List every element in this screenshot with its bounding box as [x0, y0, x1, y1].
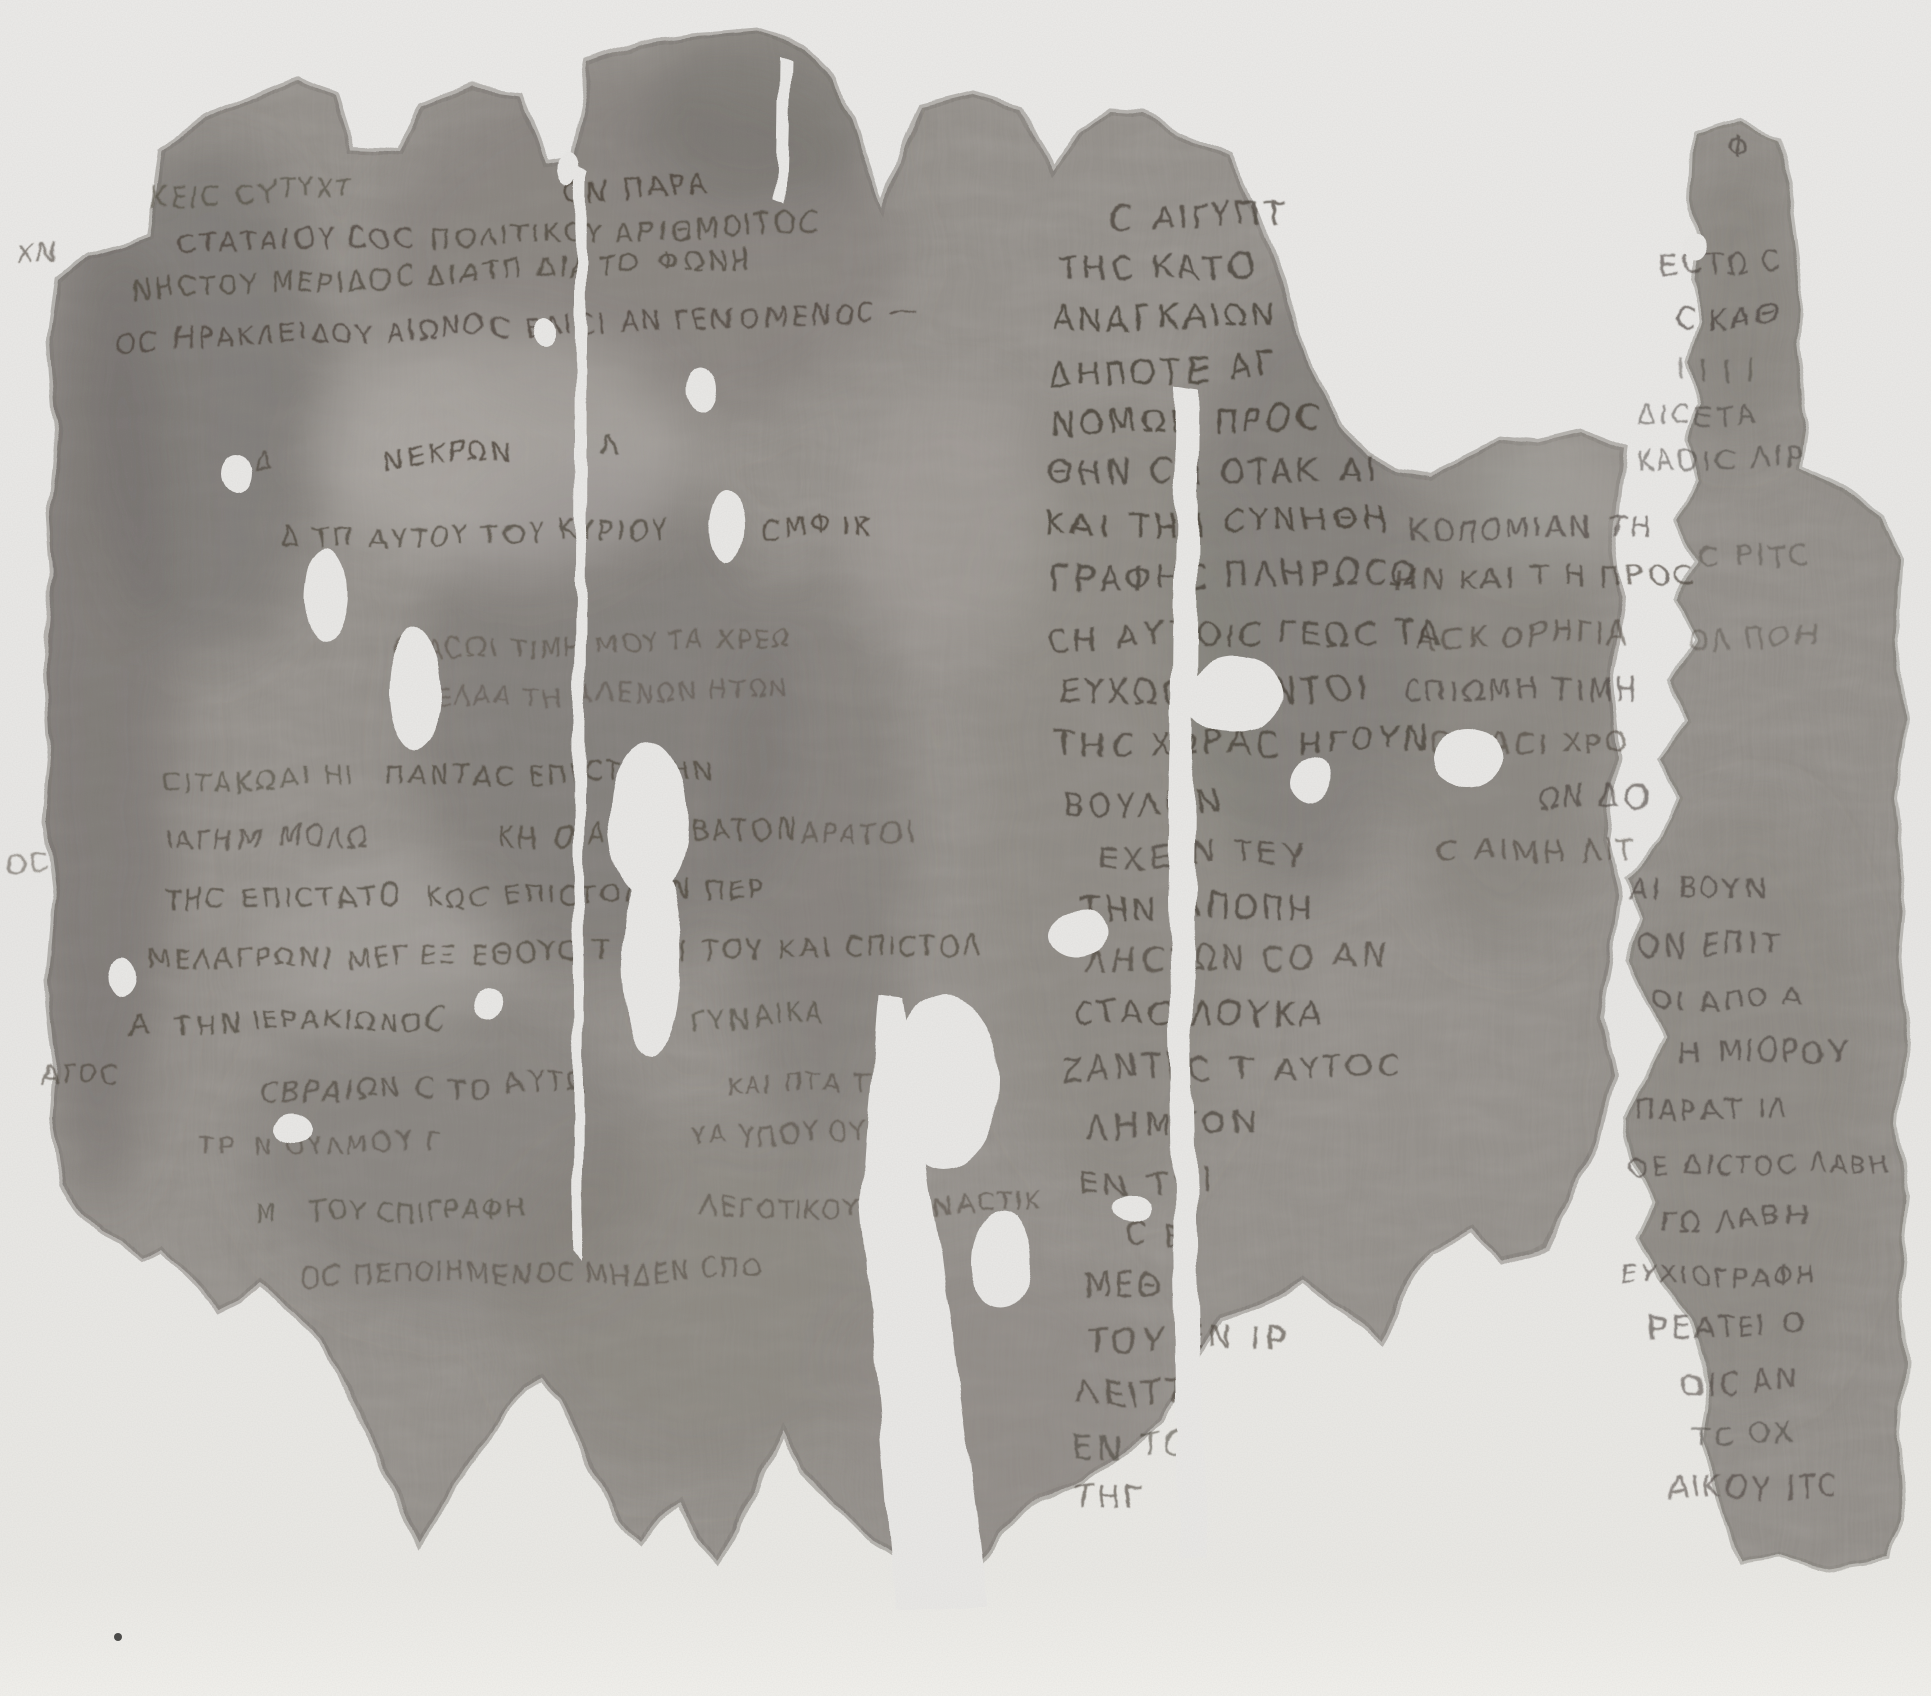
papyrus-photograph: ΚΕΙϹ ϹΥΤΥΧΤ ΟΝ ΠΑΡΑ ϹΤΑΤΑΙΟΥ ϹΟϹ ΠΟΛΙΤΙΚ… — [0, 0, 1931, 1696]
photo-grain-overlay — [0, 0, 1931, 1696]
dark-speck — [114, 1633, 122, 1641]
papyrus-scan-canvas: ΚΕΙϹ ϹΥΤΥΧΤ ΟΝ ΠΑΡΑ ϹΤΑΤΑΙΟΥ ϹΟϹ ΠΟΛΙΤΙΚ… — [0, 0, 1931, 1696]
